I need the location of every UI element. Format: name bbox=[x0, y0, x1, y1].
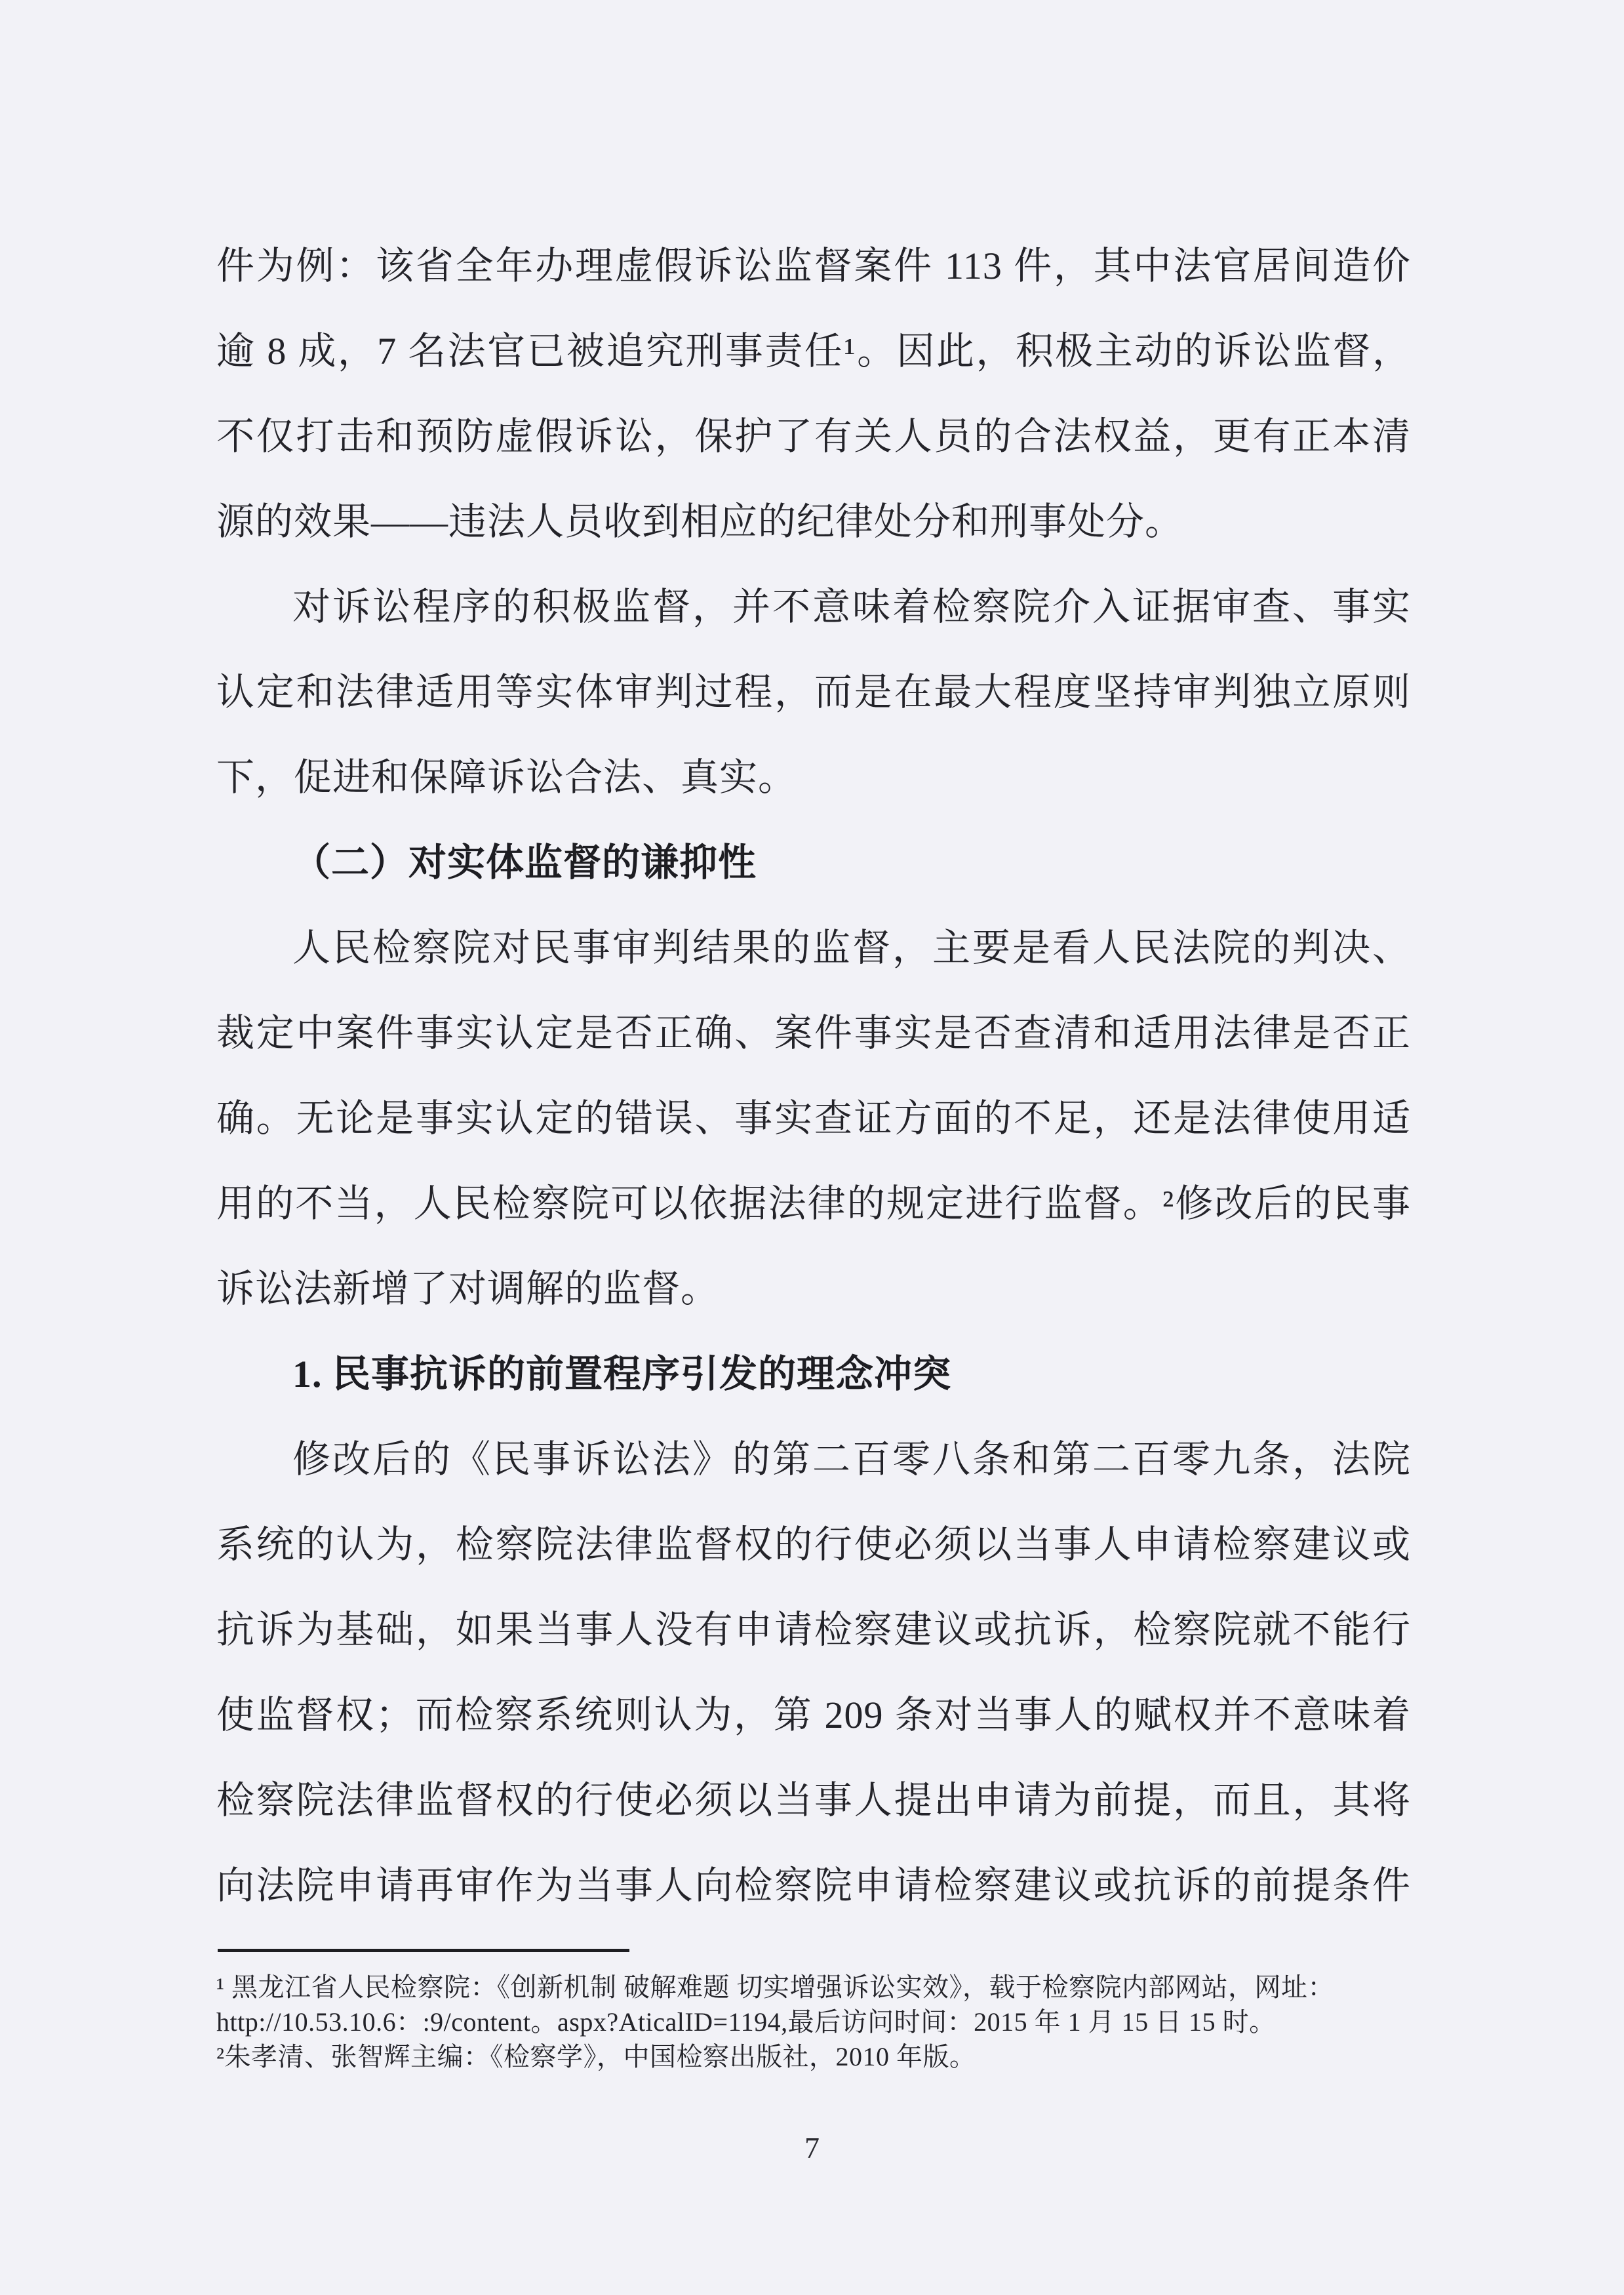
body-line: 修改后的《民事诉讼法》的第二百零八条和第二百零九条，法院 bbox=[216, 1417, 1411, 1502]
body-line: 系统的认为，检察院法律监督权的行使必须以当事人申请检察建议或 bbox=[216, 1502, 1411, 1587]
section-heading: （二）对实体监督的谦抑性 bbox=[216, 820, 1411, 906]
body-text-block: 件为例：该省全年办理虚假诉讼监督案件 113 件，其中法官居间造价 逾 8 成，… bbox=[216, 224, 1411, 1928]
body-line: 诉讼法新增了对调解的监督。 bbox=[216, 1247, 1411, 1332]
subsection-heading: 1. 民事抗诉的前置程序引发的理念冲突 bbox=[216, 1332, 1411, 1417]
footnote-line: ¹ 黑龙江省人民检察院：《创新机制 破解难题 切实增强诉讼实效》，载于检察院内部… bbox=[216, 1970, 1417, 2005]
body-line: 人民检察院对民事审判结果的监督，主要是看人民法院的判决、 bbox=[216, 906, 1411, 991]
footnote-separator bbox=[218, 1949, 629, 1952]
footnote-line: http://10.53.10.6：:9/content。aspx?Atical… bbox=[216, 2005, 1417, 2039]
body-line: 确。无论是事实认定的错误、事实查证方面的不足，还是法律使用适 bbox=[216, 1076, 1411, 1161]
body-line: 下，促进和保障诉讼合法、真实。 bbox=[216, 735, 1411, 820]
body-line: 件为例：该省全年办理虚假诉讼监督案件 113 件，其中法官居间造价 bbox=[216, 224, 1411, 309]
scanned-document-page: 件为例：该省全年办理虚假诉讼监督案件 113 件，其中法官居间造价 逾 8 成，… bbox=[0, 0, 1624, 2295]
footnotes-block: ¹ 黑龙江省人民检察院：《创新机制 破解难题 切实增强诉讼实效》，载于检察院内部… bbox=[216, 1970, 1417, 2074]
body-line: 用的不当，人民检察院可以依据法律的规定进行监督。²修改后的民事 bbox=[216, 1161, 1411, 1247]
page-number: 7 bbox=[0, 2128, 1624, 2168]
body-line: 抗诉为基础，如果当事人没有申请检察建议或抗诉，检察院就不能行 bbox=[216, 1587, 1411, 1673]
body-line: 裁定中案件事实认定是否正确、案件事实是否查清和适用法律是否正 bbox=[216, 991, 1411, 1076]
body-line: 认定和法律适用等实体审判过程，而是在最大程度坚持审判独立原则 bbox=[216, 650, 1411, 735]
body-line: 检察院法律监督权的行使必须以当事人提出申请为前提，而且，其将 bbox=[216, 1758, 1411, 1843]
body-line: 源的效果——违法人员收到相应的纪律处分和刑事处分。 bbox=[216, 479, 1411, 565]
body-line: 逾 8 成，7 名法官已被追究刑事责任¹。因此，积极主动的诉讼监督， bbox=[216, 309, 1411, 394]
footnote-line: ²朱孝清、张智辉主编：《检察学》，中国检察出版社，2010 年版。 bbox=[216, 2039, 1417, 2074]
body-line: 不仅打击和预防虚假诉讼，保护了有关人员的合法权益，更有正本清 bbox=[216, 394, 1411, 479]
body-line: 向法院申请再审作为当事人向检察院申请检察建议或抗诉的前提条件 bbox=[216, 1843, 1411, 1928]
body-line: 使监督权；而检察系统则认为，第 209 条对当事人的赋权并不意味着 bbox=[216, 1673, 1411, 1758]
body-line: 对诉讼程序的积极监督，并不意味着检察院介入证据审查、事实 bbox=[216, 565, 1411, 650]
